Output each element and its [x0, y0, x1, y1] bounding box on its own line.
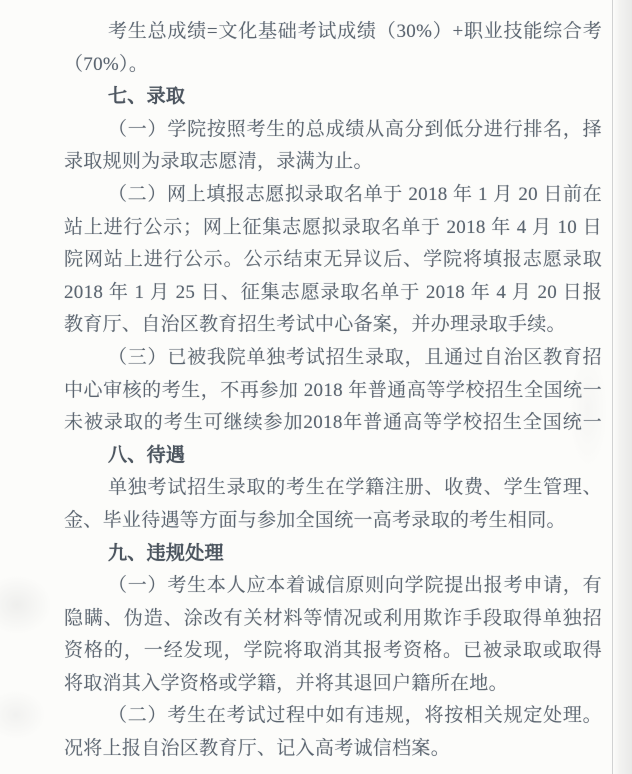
text-line: 将取消其入学资格或学籍，并将其退回户籍所在地。	[64, 668, 602, 701]
text-line: 金、毕业待遇等方面与参加全国统一高考录取的考生相同。	[64, 505, 602, 538]
text-line: 单独考试招生录取的考生在学籍注册、收费、学生管理、奖助学	[64, 472, 602, 505]
text-line: 院网站上进行公示。公示结束无异议后、学院将填报志愿录取名单于	[64, 244, 602, 277]
scanned-page: 考生总成绩=文化基础考试成绩（30%）+职业技能综合考试成绩（70%）。七、录取…	[0, 0, 632, 774]
text-line: 况将上报自治区教育厅、记入高考诚信档案。	[64, 733, 602, 766]
text-line: 隐瞒、伪造、涂改有关材料等情况或利用欺诈手段取得单独招生报考	[64, 603, 602, 636]
scan-smudge	[0, 690, 46, 740]
text-line: （一）考生本人应本着诚信原则向学院提出报考申请，有虚报、	[64, 570, 602, 603]
text-line: （二）网上填报志愿拟录取名单于 2018 年 1 月 20 日前在学院网	[64, 179, 602, 212]
text-line: 2018 年 1 月 25 日、征集志愿录取名单于 2018 年 4 月 20 …	[64, 277, 602, 310]
text-line: 考生总成绩=文化基础考试成绩（30%）+职业技能综合考试成绩	[64, 16, 602, 49]
text-line: （一）学院按照考生的总成绩从高分到低分进行排名，择优录取，	[64, 114, 602, 147]
text-line: 站上进行公示；网上征集志愿拟录取名单于 2018 年 4 月 10 日前在学	[64, 212, 602, 245]
document-text: 考生总成绩=文化基础考试成绩（30%）+职业技能综合考试成绩（70%）。七、录取…	[64, 16, 602, 766]
text-line: （二）考生在考试过程中如有违规，将按相关规定处理。违规情	[64, 700, 602, 733]
text-line: 中心审核的考生，不再参加 2018 年普通高等学校招生全国统一考试。	[64, 375, 602, 408]
scan-smudge	[0, 575, 52, 635]
section-heading: 九、违规处理	[64, 538, 602, 571]
page-scan-edge	[612, 0, 632, 774]
text-line: 未被录取的考生可继续参加2018年普通高等学校招生全国统一考试。	[64, 407, 602, 440]
text-line: （70%）。	[64, 49, 602, 82]
text-line: 录取规则为录取志愿清，录满为止。	[64, 146, 602, 179]
section-heading: 八、待遇	[64, 440, 602, 473]
text-line: 资格的，一经发现，学院将取消其报考资格。已被录取或取得学籍者，	[64, 635, 602, 668]
section-heading: 七、录取	[64, 81, 602, 114]
scan-smudge	[568, 350, 608, 470]
text-line: 教育厅、自治区教育招生考试中心备案，并办理录取手续。	[64, 309, 602, 342]
text-line: （三）已被我院单独考试招生录取，且通过自治区教育招生考试	[64, 342, 602, 375]
